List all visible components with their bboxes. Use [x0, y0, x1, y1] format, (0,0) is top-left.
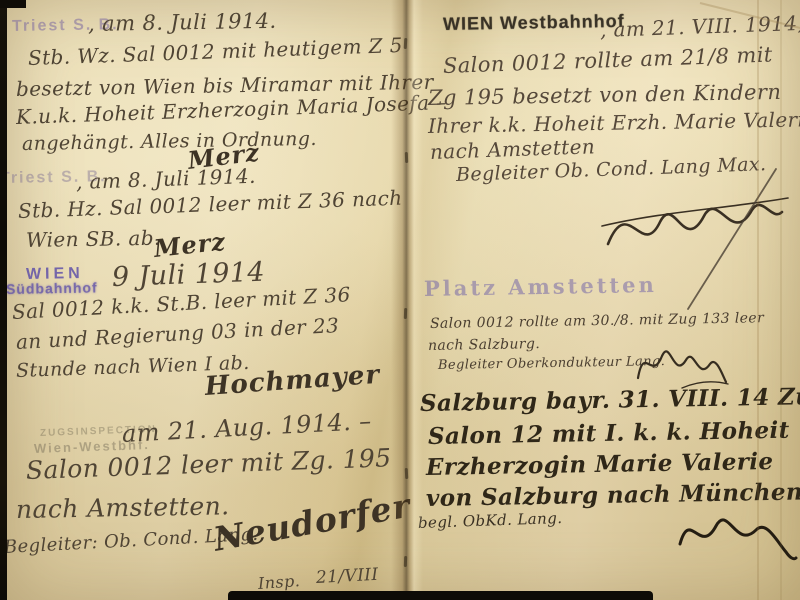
entry-date: , am 8. Juli 1914.: [88, 9, 277, 36]
photo-corner-top-left: [0, 0, 26, 8]
station-stamp-wien-westbahnhof: WIEN Westbahnhof: [443, 11, 625, 35]
binding-stitch: [404, 556, 407, 567]
signature-note-date: 21/VIII: [315, 565, 379, 588]
binding-stitch: [404, 308, 407, 319]
photo-edge-left: [0, 0, 7, 600]
binding-stitch: [404, 38, 408, 49]
pen-stroke-diagonal: [678, 165, 783, 315]
page-crease: [757, 0, 759, 600]
station-stamp-amstetten: Platz Amstetten: [424, 272, 657, 301]
page-crease: [780, 0, 782, 600]
binding-stitch: [405, 152, 408, 163]
photo-edge-bottom: [228, 591, 653, 600]
handwriting-line: nach Amstetten.: [16, 491, 230, 524]
signature-scrawl: [668, 500, 798, 570]
station-stamp-wien-suedbahnhof-line2: Südbahnhof: [6, 279, 98, 297]
logbook-spread: Triest S. B. , am 8. Juli 1914. Stb. Wz.…: [0, 0, 800, 600]
signature-note: Insp.: [257, 571, 300, 593]
handwriting-line: nach Salzburg.: [428, 336, 540, 354]
binding-stitch: [405, 468, 409, 479]
handwriting-line: Wien SB. ab.: [26, 226, 161, 252]
book-gutter: [391, 0, 423, 600]
